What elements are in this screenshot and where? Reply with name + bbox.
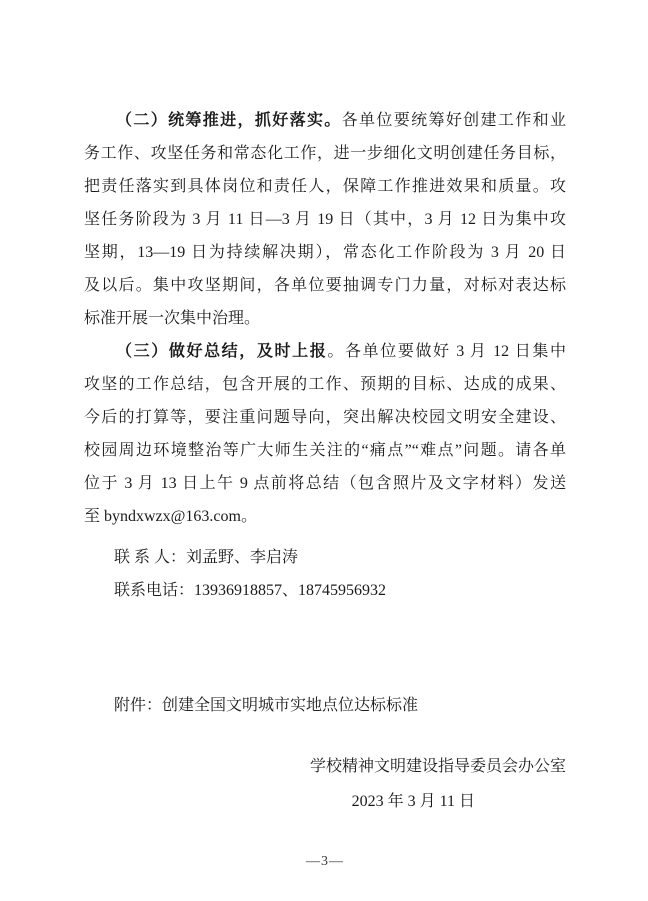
paragraph-line: 校园周边环境整治等广大师生关注的“痛点”“难点”问题。请各单 — [84, 434, 566, 467]
paragraph-line: 今后的打算等，要注重问题导向，突出解决校园文明安全建设、 — [84, 401, 566, 434]
paragraph-last-line: 标准开展一次集中治理。 — [84, 302, 566, 335]
paragraph-line: 坚期，13—19 日为持续解决期），常态化工作阶段为 3 月 20 日 — [84, 236, 566, 269]
paragraph-line: 把责任落实到具体岗位和责任人，保障工作推进效果和质量。攻 — [84, 170, 566, 203]
paragraph-first-line: （三）做好总结，及时上报。各单位要做好 3 月 12 日集中 — [84, 335, 566, 368]
paragraph-line: 攻坚的工作总结，包含开展的工作、预期的目标、达成的成果、 — [84, 368, 566, 401]
paragraph-3-heading: （三）做好总结，及时上报 — [116, 343, 327, 360]
attachment-block: 附件：创建全国文明城市实地点位达标标准 — [84, 689, 566, 722]
paragraph-line: 务工作、攻坚任务和常态化工作，进一步细化文明创建任务目标， — [84, 137, 566, 170]
contact-block: 联 系 人：刘孟野、李启涛 联系电话：13936918857、187459569… — [84, 541, 566, 607]
paragraph-2-heading: （二）统筹推进，抓好落实。 — [116, 112, 342, 129]
attachment-line: 附件：创建全国文明城市实地点位达标标准 — [84, 689, 566, 722]
paragraph-first-line: （二）统筹推进，抓好落实。各单位要统筹好创建工作和业 — [84, 104, 566, 137]
closing-block: 学校精神文明建设指导委员会办公室 2023 年 3 月 11 日 — [84, 749, 566, 819]
paragraph-2-text-start: 各单位要统筹好创建工作和业 — [342, 112, 566, 129]
paragraph-summary-report: （三）做好总结，及时上报。各单位要做好 3 月 12 日集中 攻坚的工作总结，包… — [84, 335, 566, 533]
paragraph-line: 及以后。集中攻坚期间，各单位要抽调专门力量，对标对表达标 — [84, 269, 566, 302]
paragraph-line: 坚任务阶段为 3 月 11 日—3 月 19 日（其中，3 月 12 日为集中攻 — [84, 203, 566, 236]
document-page: （二）统筹推进，抓好落实。各单位要统筹好创建工作和业 务工作、攻坚任务和常态化工… — [0, 0, 648, 901]
contact-phone-line: 联系电话：13936918857、18745956932 — [84, 574, 566, 607]
paragraph-overall-advance: （二）统筹推进，抓好落实。各单位要统筹好创建工作和业 务工作、攻坚任务和常态化工… — [84, 104, 566, 335]
signature-line: 学校精神文明建设指导委员会办公室 — [84, 749, 566, 784]
paragraph-last-line: 至 byndxwzx@163.com。 — [84, 500, 566, 533]
date-line: 2023 年 3 月 11 日 — [84, 784, 566, 819]
paragraph-3-text-start: 。各单位要做好 3 月 12 日集中 — [327, 343, 566, 360]
contact-person-line: 联 系 人：刘孟野、李启涛 — [84, 541, 566, 574]
document-body: （二）统筹推进，抓好落实。各单位要统筹好创建工作和业 务工作、攻坚任务和常态化工… — [84, 104, 566, 878]
paragraph-line: 位于 3 月 13 日上午 9 点前将总结（包含照片及文字材料）发送 — [84, 467, 566, 500]
page-number: —3— — [84, 845, 566, 878]
